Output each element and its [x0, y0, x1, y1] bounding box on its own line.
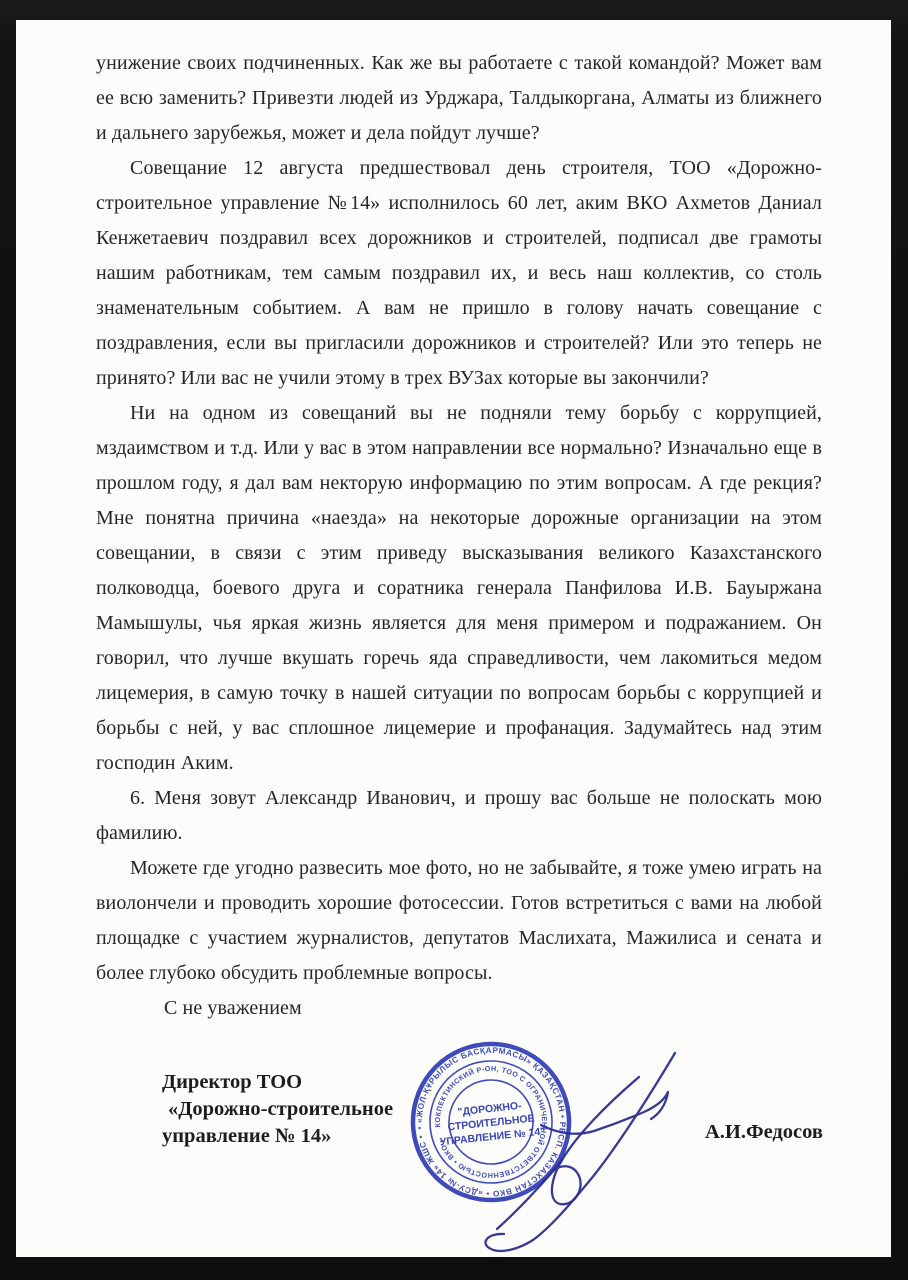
paragraph: унижение своих подчиненных. Как же вы ра…	[96, 46, 822, 151]
paragraph: Совещание 12 августа предшествовал день …	[96, 151, 822, 396]
paragraph: Ни на одном из совещаний вы не подняли т…	[96, 396, 822, 781]
signatory-name: А.И.Федосов	[705, 1120, 823, 1144]
document-page: унижение своих подчиненных. Как же вы ра…	[16, 20, 891, 1257]
letter-body: унижение своих подчиненных. Как же вы ра…	[96, 46, 822, 1026]
signature-ink	[485, 1053, 675, 1251]
paragraph: Можете где угодно развесить мое фото, но…	[96, 851, 822, 991]
stamp-and-signature: • «ЖОЛ-ҚҰРЫЛЫС БАСҚАРМАСЫ» ҚАЗАҚСТАН • Р…	[401, 1035, 721, 1257]
round-stamp: • «ЖОЛ-ҚҰРЫЛЫС БАСҚАРМАСЫ» ҚАЗАҚСТАН • Р…	[405, 1036, 576, 1207]
paragraph: 6. Меня зовут Александр Иванович, и прош…	[96, 781, 822, 851]
closing-line: С не уважением	[96, 991, 822, 1026]
